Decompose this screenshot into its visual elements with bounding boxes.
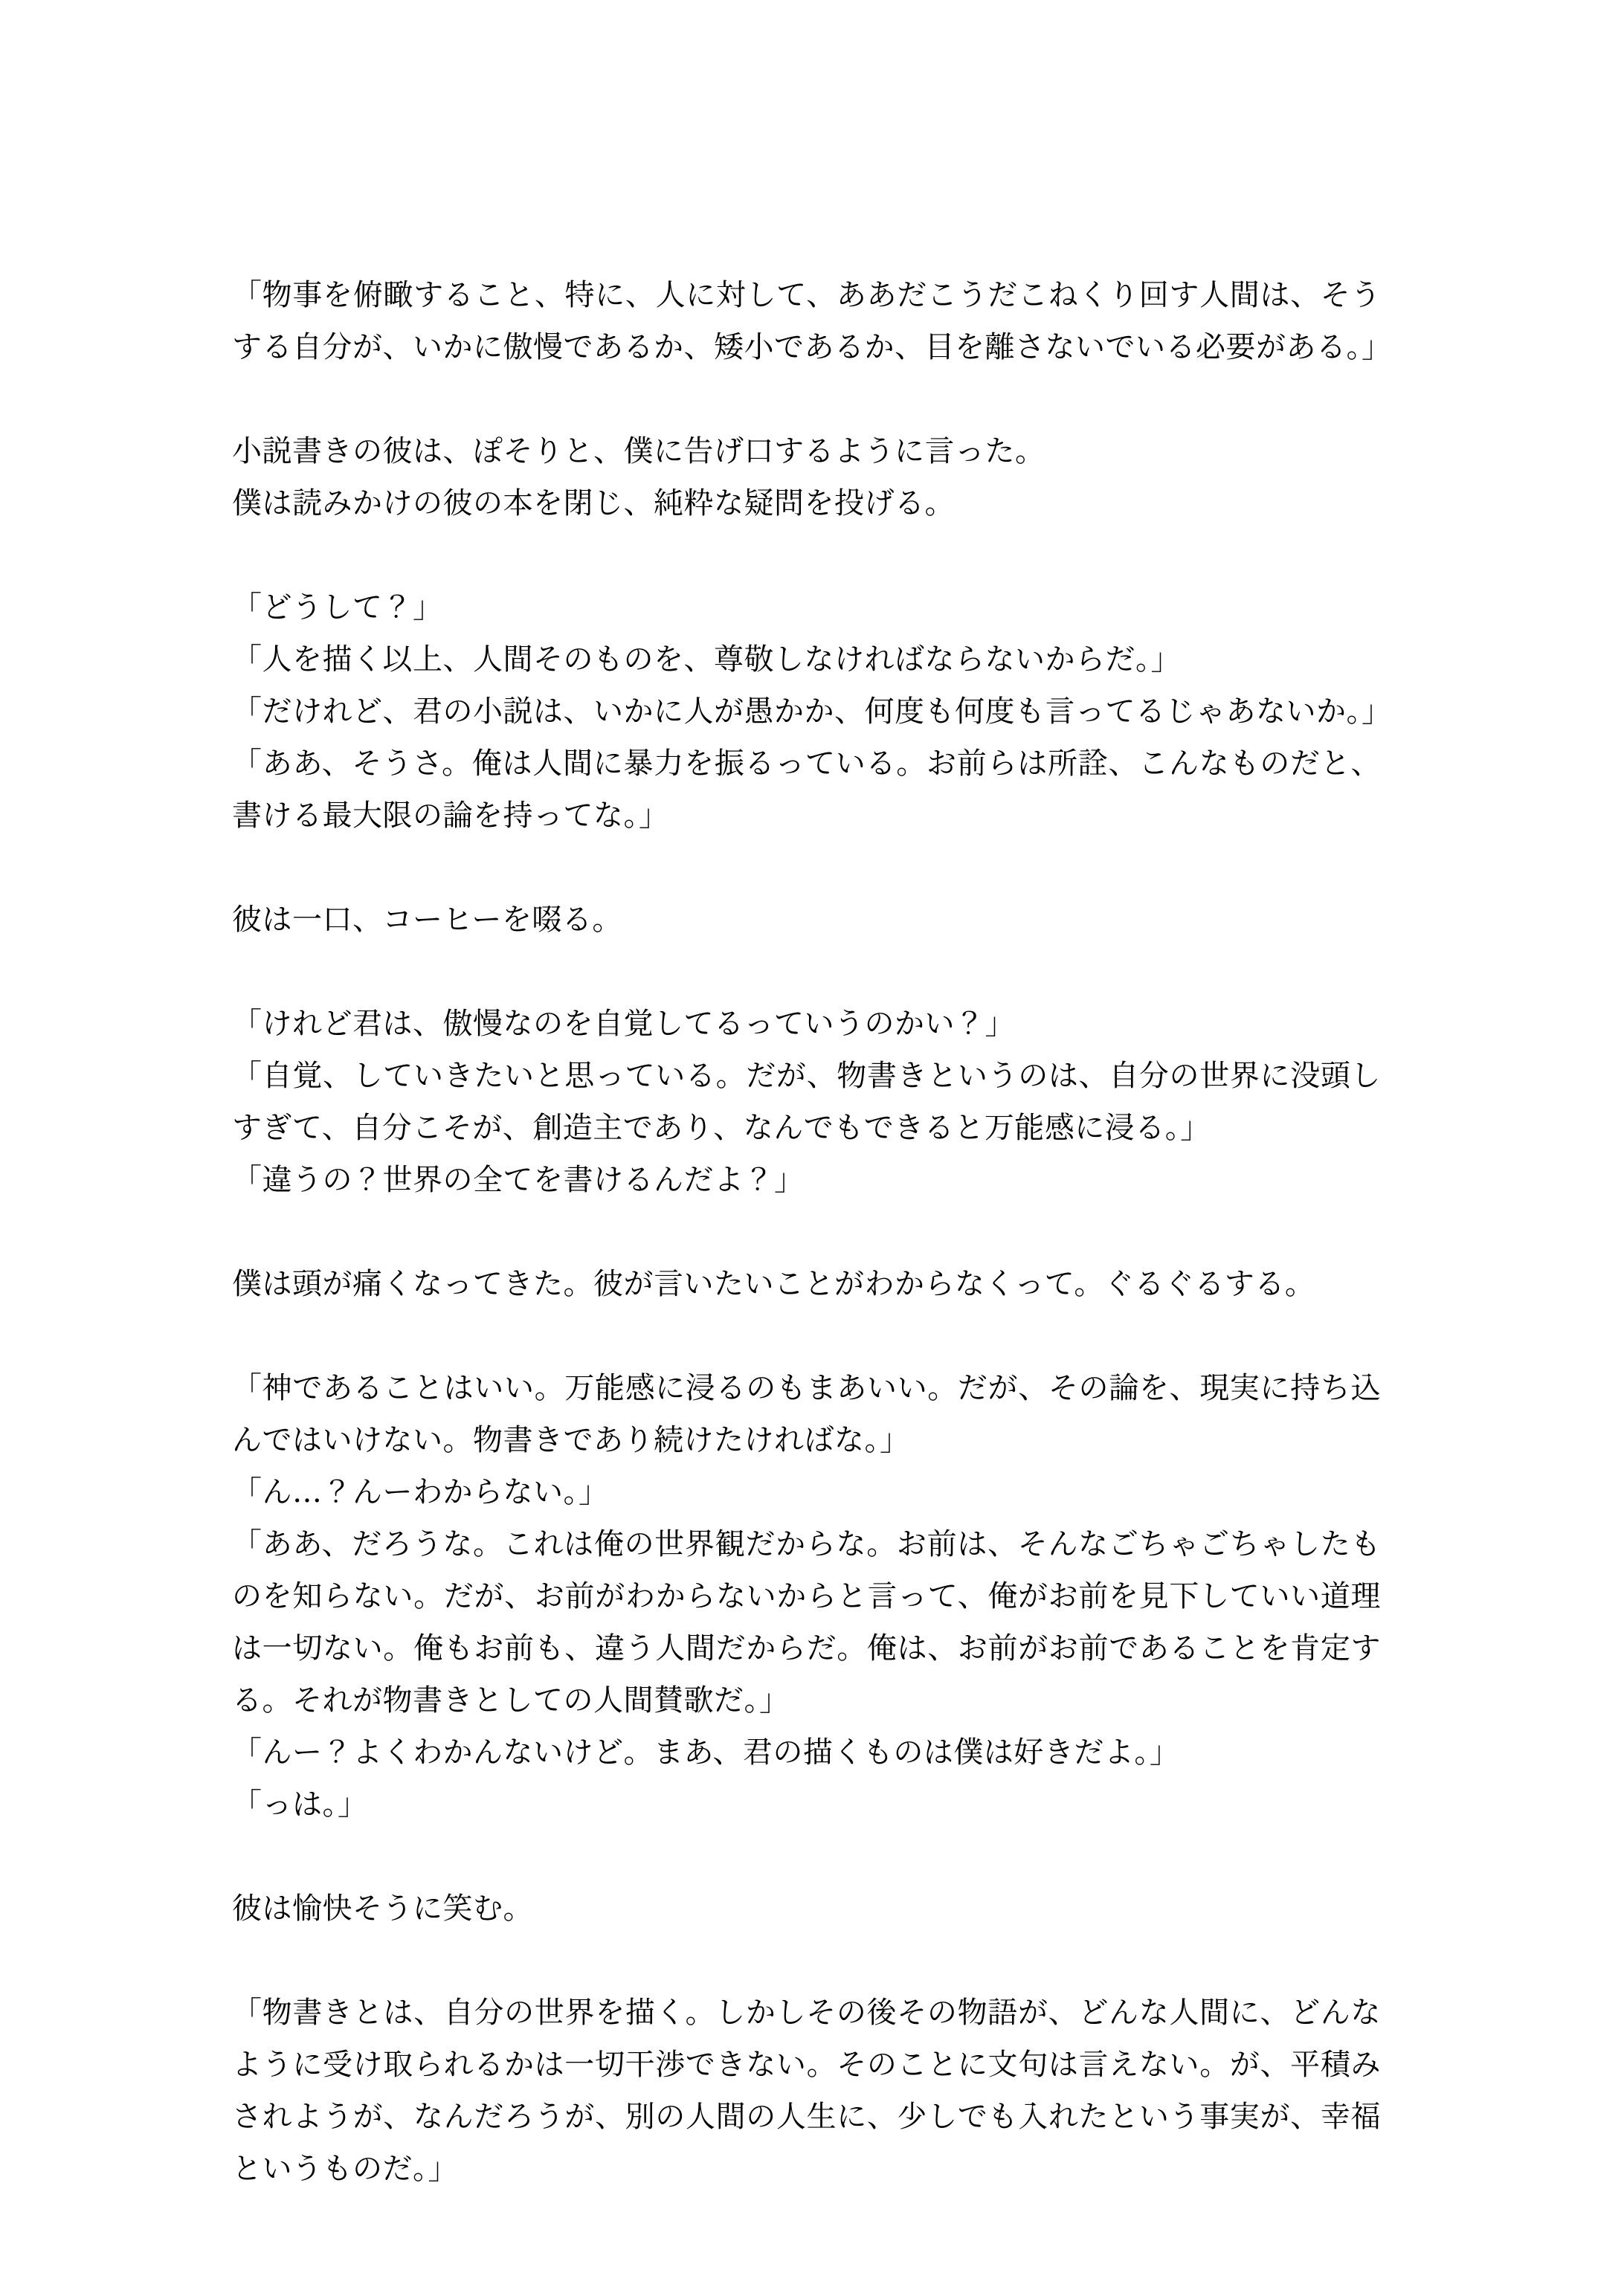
text-block: 小説書きの彼は、ぽそりと、僕に告げ口するように言った。僕は読みかけの彼の本を閉じ… — [232, 425, 1381, 529]
text-container: 「物事を俯瞰すること、特に、人に対して、ああだこうだこねくり回す人間は、そうする… — [232, 269, 1381, 2195]
text-line: 小説書きの彼は、ぽそりと、僕に告げ口するように言った。 — [232, 425, 1381, 477]
text-line: 「神であることはいい。万能感に浸るのもまあいい。だが、その論を、現実に持ち込んで… — [232, 1362, 1381, 1466]
text-line: 「物事を俯瞰すること、特に、人に対して、ああだこうだこねくり回す人間は、そうする… — [232, 269, 1381, 373]
text-line: 「人を描く以上、人間そのものを、尊敬しなければならないからだ。」 — [232, 633, 1381, 686]
text-block: 彼は愉快そうに笑む。 — [232, 1883, 1381, 1935]
text-line: 僕は読みかけの彼の本を閉じ、純粋な疑問を投げる。 — [232, 477, 1381, 529]
text-block: 僕は頭が痛くなってきた。彼が言いたいことがわからなくって。ぐるぐるする。 — [232, 1258, 1381, 1310]
text-line: 「ああ、だろうな。これは俺の世界観だからな。お前は、そんなごちゃごちゃしたものを… — [232, 1518, 1381, 1726]
text-block: 彼は一口、コーヒーを啜る。 — [232, 894, 1381, 946]
text-line: 「どうして？」 — [232, 581, 1381, 633]
text-line: 彼は愉快そうに笑む。 — [232, 1883, 1381, 1935]
text-line: 「自覚、していきたいと思っている。だが、物書きというのは、自分の世界に没頭しすぎ… — [232, 1050, 1381, 1154]
text-block: 「けれど君は、傲慢なのを自覚してるっていうのかい？」「自覚、していきたいと思って… — [232, 998, 1381, 1206]
text-block: 「物事を俯瞰すること、特に、人に対して、ああだこうだこねくり回す人間は、そうする… — [232, 269, 1381, 373]
text-line: 彼は一口、コーヒーを啜る。 — [232, 894, 1381, 946]
text-line: 「違うの？世界の全てを書けるんだよ？」 — [232, 1154, 1381, 1206]
text-line: 「物書きとは、自分の世界を描く。しかしその後その物語が、どんな人間に、どんなよう… — [232, 1987, 1381, 2195]
document-page: 「物事を俯瞰すること、特に、人に対して、ああだこうだこねくり回す人間は、そうする… — [0, 0, 1624, 2296]
text-block: 「物書きとは、自分の世界を描く。しかしその後その物語が、どんな人間に、どんなよう… — [232, 1987, 1381, 2195]
text-line: 僕は頭が痛くなってきた。彼が言いたいことがわからなくって。ぐるぐるする。 — [232, 1258, 1381, 1310]
text-line: 「けれど君は、傲慢なのを自覚してるっていうのかい？」 — [232, 998, 1381, 1050]
text-line: 「ああ、そうさ。俺は人間に暴力を振るっている。お前らは所詮、こんなものだと、書け… — [232, 738, 1381, 842]
text-block: 「神であることはいい。万能感に浸るのもまあいい。だが、その論を、現実に持ち込んで… — [232, 1362, 1381, 1831]
text-line: 「んー？よくわかんないけど。まあ、君の描くものは僕は好きだよ。」 — [232, 1726, 1381, 1779]
text-line: 「だけれど、君の小説は、いかに人が愚かか、何度も何度も言ってるじゃあないか。」 — [232, 686, 1381, 738]
text-line: 「ん…？んーわからない。」 — [232, 1466, 1381, 1518]
text-line: 「っは。」 — [232, 1779, 1381, 1831]
text-block: 「どうして？」「人を描く以上、人間そのものを、尊敬しなければならないからだ。」「… — [232, 581, 1381, 842]
